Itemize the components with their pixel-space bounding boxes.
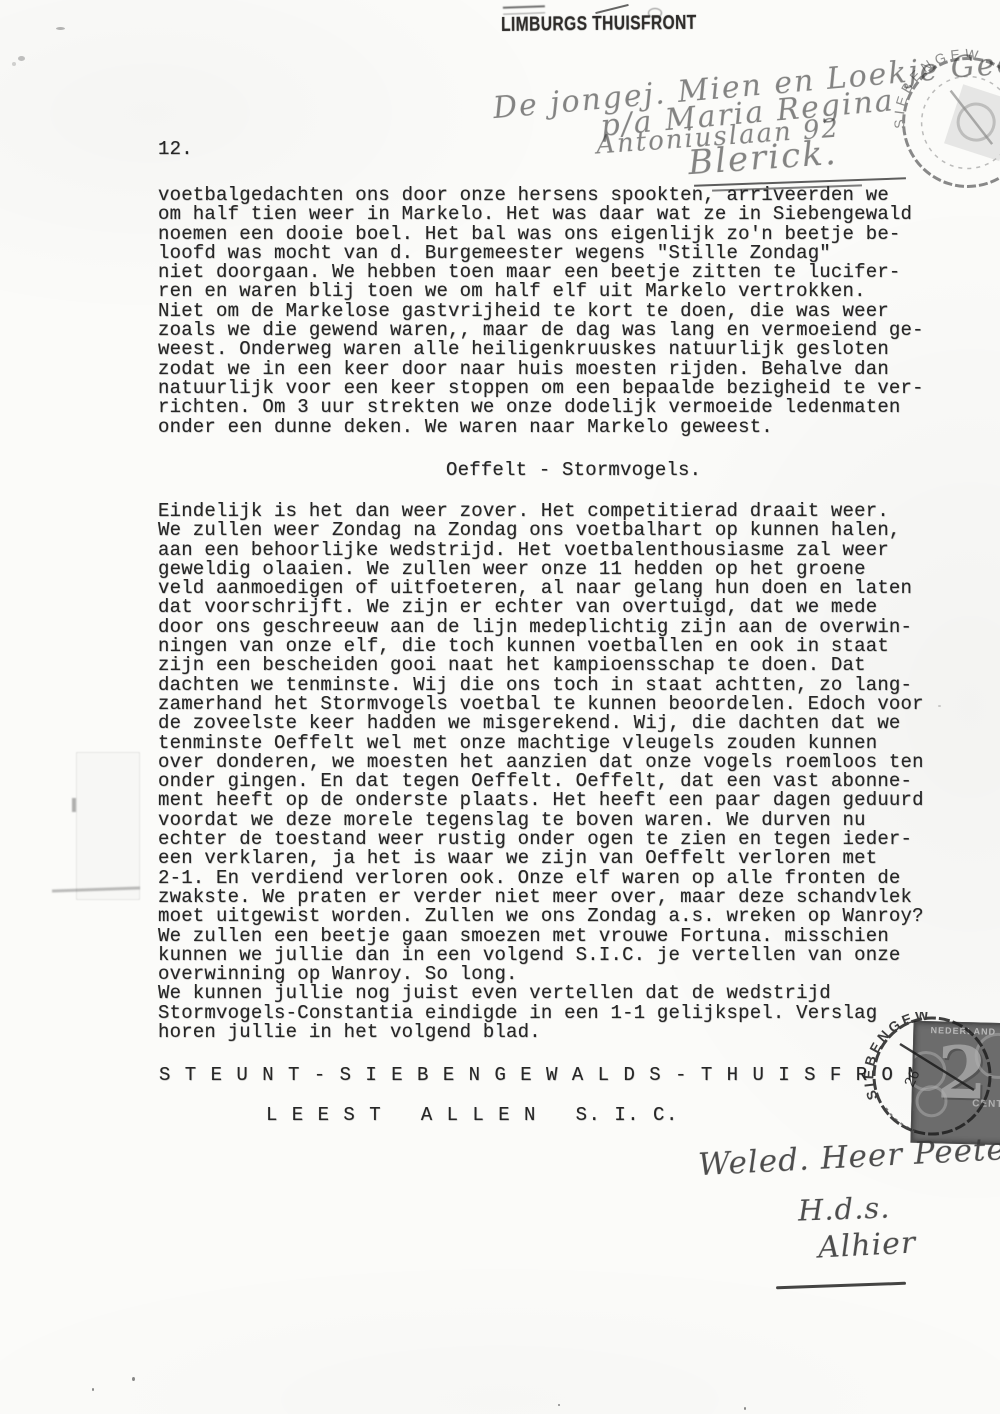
typed-paragraph-oeffelt: Eindelijk is het dan weer zover. Het com… xyxy=(158,502,958,1042)
scan-speck xyxy=(56,27,65,30)
margin-smudge xyxy=(76,752,140,900)
scan-speck xyxy=(558,1404,560,1406)
typed-line: ren en waren blij toen we om half elf ui… xyxy=(158,282,958,301)
typed-line: tenminste Oeffelt wel met onze machtige … xyxy=(158,734,958,753)
typed-line: om half tien weer in Markelo. Het was da… xyxy=(158,205,958,224)
typed-line: de zoveelste keer hadden we misgerekend.… xyxy=(158,714,958,733)
scan-speck xyxy=(18,56,25,61)
typed-line: moet uitgewist worden. Zullen we ons Zon… xyxy=(158,907,958,926)
typed-line: zijn een bescheiden gooi naat het kampio… xyxy=(158,656,958,675)
typed-line: richten. Om 3 uur strekten we onze dodel… xyxy=(158,398,958,417)
handwritten-recipient-line-3: Alhier xyxy=(817,1225,917,1265)
typed-line: ment heeft op de onderste plaats. Het he… xyxy=(158,791,958,810)
header-org-stamp: LIMBURGS THUISFRONT xyxy=(501,12,697,37)
margin-ink-tick xyxy=(72,798,76,812)
postmark-bottom-icon: SIEBENGEWALD 26 xyxy=(862,1012,1000,1152)
scan-speck xyxy=(744,1407,746,1410)
recipient-underline xyxy=(776,1282,906,1289)
postmark-top-icon: SIEBENGEWALD xyxy=(890,25,1000,195)
scan-speck xyxy=(132,1377,135,1381)
typed-line: een verklaren, ja het is waar we zijn va… xyxy=(158,849,958,868)
typed-line: dat voorschrijft. We zijn er echter van … xyxy=(158,598,958,617)
scan-speck xyxy=(938,705,941,707)
slogan-leest: L E E S T A L L E N S. I. C. xyxy=(266,1106,679,1125)
typed-line: We zullen een beetje gaan smoezen met vr… xyxy=(158,927,958,946)
typed-line: noemen een dooie boel. Het bal was ons e… xyxy=(158,225,958,244)
scan-speck xyxy=(92,1388,94,1391)
handwritten-recipient-line-2: H.d.s. xyxy=(797,1190,891,1227)
typed-line: We kunnen jullie nog juist even vertelle… xyxy=(158,984,958,1003)
handwritten-recipient-line-1: Weled. Heer Peeters. xyxy=(697,1129,1000,1183)
typed-line: horen jullie in het volgend blad. xyxy=(158,1023,958,1042)
typed-line: aan een behoorlijke wedstrijd. Het voetb… xyxy=(158,541,958,560)
scan-speck xyxy=(12,62,16,66)
typed-paragraph-markelo: voetbalgedachten ons door onze hersens s… xyxy=(158,186,958,437)
typed-line: onder een dunne deken. We waren naar Mar… xyxy=(158,418,958,437)
typed-line: We zullen weer Zondag na Zondag ons voet… xyxy=(158,521,958,540)
section-heading: Oeffelt - Stormvogels. xyxy=(446,461,701,480)
typed-line: weest. Onderweg waren alle heiligenkruus… xyxy=(158,340,958,359)
slogan-steunt: S T E U N T - S I E B E N G E W A L D S … xyxy=(159,1066,946,1085)
page-number: 12. xyxy=(158,140,193,159)
svg-text:26: 26 xyxy=(901,1067,923,1089)
